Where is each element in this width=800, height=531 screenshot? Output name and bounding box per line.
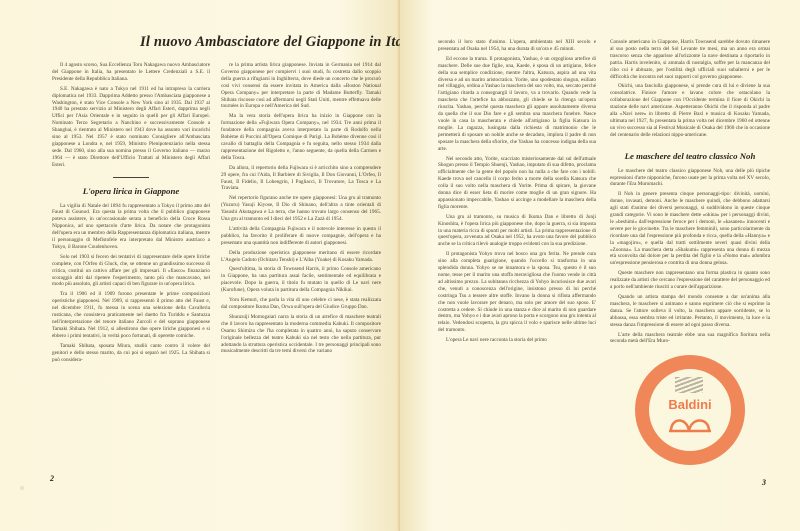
paragraph: Tamaki Shibata, sposata Miura, studiò ca… <box>52 343 210 364</box>
paragraph: Da allora, il repertorio della Fujiwara … <box>221 165 381 193</box>
left-column-1: Il 4 agosto scorso, Sua Eccellenza Toru … <box>52 62 210 366</box>
paragraph: Yoru Kemuri, che parla la vita di uno ce… <box>221 297 381 311</box>
paragraph: re la prima artista lirica giapponese. I… <box>221 62 381 110</box>
paragraph: La vigilia di Natale del 1894 fu rappres… <box>52 203 210 251</box>
section-heading-opera-lirica: L'opera lirica in Giappone <box>52 188 210 195</box>
paragraph: Nel repertorio figurano anche tre opere … <box>221 195 381 223</box>
left-page: Il nuovo Ambasciatore del Giappone in It… <box>0 0 400 531</box>
paragraph: Le maschere del teatro classico giappone… <box>610 168 770 189</box>
page-number-left: 2 <box>50 474 54 483</box>
stamp-b-logo-icon <box>667 413 713 433</box>
paragraph: Console americano in Giappone, Harris To… <box>610 39 770 80</box>
paragraph: secondo il loro stato d'animo. L'opera, … <box>438 39 596 53</box>
paragraph: Nel secondo atto, Yorite, scacciato mist… <box>438 156 596 211</box>
stamp-label: Baldini <box>649 397 731 412</box>
baldini-library-stamp: Baldini <box>635 355 745 465</box>
paragraph: Il Noh in genere presenta cinque persona… <box>610 191 770 267</box>
magazine-spread: Il nuovo Ambasciatore del Giappone in It… <box>0 0 800 531</box>
paragraph: L'attività della Compagnia Fujiwara e il… <box>221 226 381 247</box>
paragraph: Ma la vera storia dell'opera lirica ha i… <box>221 113 381 161</box>
paragraph: Okichi, una fanciulla giapponese, si pre… <box>610 83 770 138</box>
paragraph: Una gru al tramonto, su musica di Ikuma … <box>438 214 596 249</box>
paragraph: Solo nel 1903 si fecero dei tentativi di… <box>52 254 210 289</box>
paragraph: Il 4 agosto scorso, Sua Eccellenza Toru … <box>52 62 210 83</box>
paragraph: Ed eccone la trama. Il protagonista, Yas… <box>438 56 596 153</box>
paragraph: Il protagonista Yohyo trova nel bosco un… <box>438 251 596 334</box>
paper-speck <box>20 486 24 490</box>
section-divider <box>113 177 149 178</box>
paragraph: Della produzione operistica giapponese m… <box>221 250 381 264</box>
right-column-2: Console americano in Giappone, Harris To… <box>610 39 770 348</box>
paragraph: L'arte della maschera teatrale ebbe una … <box>610 332 770 346</box>
paragraph: S.E. Nakagawa è nato a Tokyo nel 1911 ed… <box>52 86 210 169</box>
paragraph: Tra il 1906 ed il 1909 furono presentate… <box>52 291 210 339</box>
paragraph: Shunzuiji Momogaiari narra la storia di … <box>221 314 381 355</box>
paragraph: Quest'ultima, la storia di Townsend Harr… <box>221 266 381 294</box>
article-title: Il nuovo Ambasciatore del Giappone in It… <box>140 34 390 51</box>
paragraph: Queste maschere non rappresentano una fo… <box>610 270 770 291</box>
left-column-2: re la prima artista lirica giapponese. I… <box>221 62 381 358</box>
stamp-emblem-icon <box>675 377 703 393</box>
page-number-right: 3 <box>762 478 766 487</box>
paragraph: L'opera Le navi nere racconta la storia … <box>438 337 596 344</box>
paragraph: Quando un artista stampa del mondo conse… <box>610 294 770 329</box>
right-column-1: secondo il loro stato d'animo. L'opera, … <box>438 39 596 347</box>
section-heading-maschere-noh: Le maschere del teatro classico Noh <box>610 153 770 160</box>
right-page: secondo il loro stato d'animo. L'opera, … <box>400 0 800 531</box>
